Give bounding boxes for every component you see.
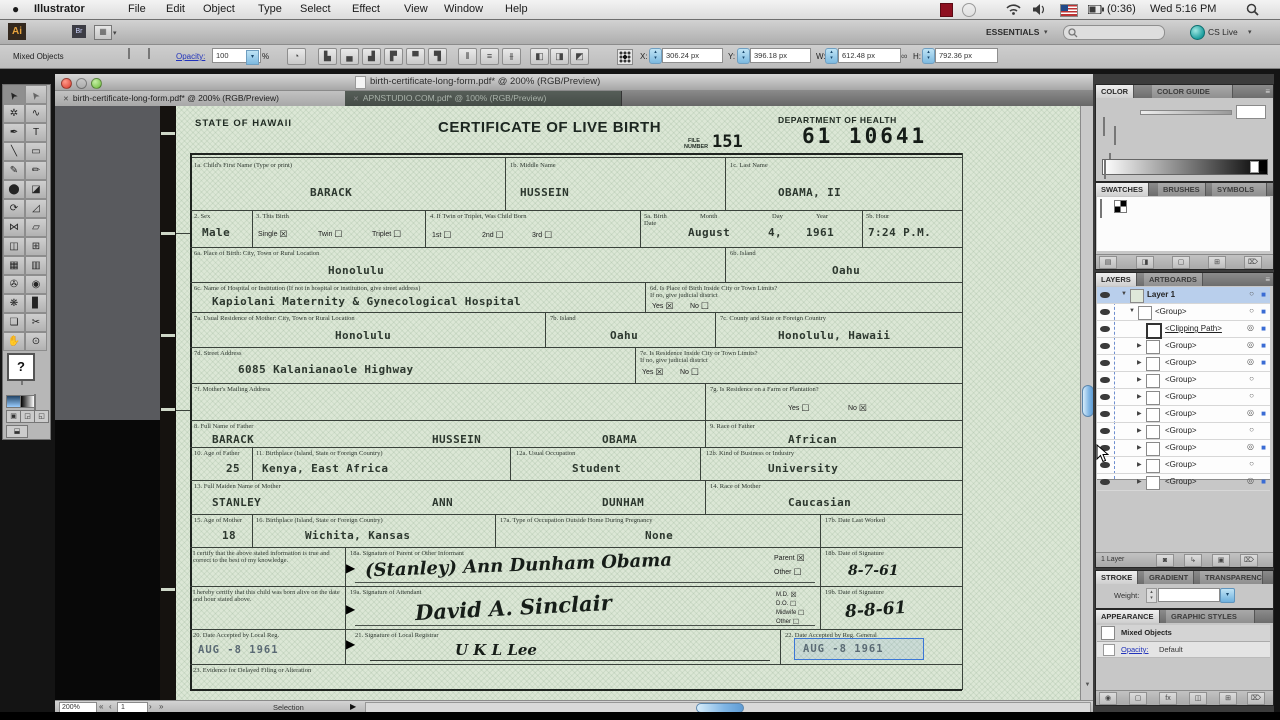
selected-object-bounds[interactable]: AUG -8 1961 — [794, 638, 924, 660]
align-bottom-icon[interactable]: ▜ — [428, 48, 447, 65]
layer-name[interactable]: <Group> — [1165, 375, 1197, 384]
tab2-close-icon[interactable]: ✕ — [353, 96, 359, 103]
target-icon[interactable]: ○ — [1249, 306, 1254, 315]
color-stroke-well[interactable] — [1114, 126, 1116, 145]
constrain-proportions-icon[interactable]: ∞ — [901, 51, 907, 61]
line-tool[interactable]: ╲ — [3, 142, 25, 161]
paintbrush-tool[interactable]: ✎ — [3, 161, 25, 180]
checkbox-7g-no[interactable]: No ☒ — [848, 403, 867, 414]
battery-time: (0:36) — [1107, 3, 1136, 15]
y-label: Y: — [728, 52, 735, 61]
clear-appearance-icon[interactable]: ◫ — [1189, 692, 1207, 705]
col-line — [505, 157, 506, 210]
search-input[interactable] — [1063, 25, 1165, 40]
visibility-eye-icon[interactable] — [1100, 326, 1110, 332]
delete-layer-icon[interactable]: ⌦ — [1240, 554, 1258, 567]
field-value: DUNHAM — [602, 496, 644, 509]
checkbox-label: Midwife — [776, 610, 796, 616]
row-line — [190, 383, 962, 384]
gradient-tool[interactable]: ▥ — [25, 256, 47, 275]
x-input[interactable]: 306.24 px — [662, 48, 723, 63]
artboard-tool[interactable]: ❏ — [3, 313, 25, 332]
layer-name[interactable]: <Group> — [1155, 307, 1187, 316]
weight-input[interactable] — [1158, 588, 1220, 602]
field-value: University — [768, 462, 838, 475]
layer-row[interactable]: ▶ <Group> ◎ ■ — [1097, 355, 1270, 372]
type-tool[interactable]: T — [25, 123, 47, 142]
new-fill-icon[interactable]: ▢ — [1129, 692, 1147, 705]
new-layer-icon[interactable]: ▣ — [1212, 554, 1230, 567]
lasso-tool[interactable]: ∿ — [25, 104, 47, 123]
disclosure-icon[interactable]: ▶ — [1137, 444, 1142, 451]
registrar-signature: U K L Lee — [455, 641, 537, 659]
field-value: Honolulu — [335, 329, 391, 342]
checkbox-6d-yes[interactable]: Yes ☒ — [652, 301, 673, 312]
tab-color-guide[interactable]: COLOR GUIDE — [1152, 85, 1233, 98]
checkbox-label: No — [848, 405, 857, 412]
layer-thumbnail[interactable] — [1146, 476, 1160, 490]
new-swatch-icon[interactable]: ⊞ — [1208, 256, 1226, 269]
prev-artboard-icon[interactable]: ‹ — [109, 702, 112, 711]
y-stepper[interactable]: ▴▾ — [737, 48, 750, 64]
reference-point-locator[interactable] — [617, 49, 633, 65]
field-label: Year — [816, 213, 828, 221]
disclosure-icon[interactable]: ▶ — [1137, 376, 1142, 383]
fold-arrow-icon: ▶ — [346, 603, 355, 615]
layer-name[interactable]: <Group> — [1165, 392, 1197, 401]
blob-brush-tool[interactable]: ⬤ — [3, 180, 25, 199]
checkbox-1st[interactable]: 1st ☐ — [432, 230, 451, 241]
checkbox-single[interactable]: Single ☒ — [258, 229, 288, 240]
k-slider[interactable] — [1140, 110, 1232, 115]
checkbox-2nd[interactable]: 2nd ☐ — [482, 230, 504, 241]
field-label: 10. Age of Father — [194, 450, 240, 458]
field-value: August — [688, 226, 730, 239]
menu-type[interactable]: Type — [258, 3, 282, 15]
fold-gap — [161, 408, 175, 411]
field-label: 6a. Place of Birth: City, Town or Rural … — [194, 250, 319, 258]
style-button[interactable]: ◔ — [287, 48, 306, 65]
h-label: H: — [913, 52, 921, 61]
field-value: Kenya, East Africa — [262, 462, 388, 475]
delete-swatch-icon[interactable]: ⌦ — [1244, 256, 1262, 269]
checkbox-box: ☐ — [691, 367, 699, 377]
align-top-icon[interactable]: ▛ — [384, 48, 403, 65]
layer-row[interactable]: ▶ <Group> ◎ ■ — [1097, 440, 1270, 457]
table-border — [190, 153, 962, 155]
input-flag-icon[interactable] — [1060, 4, 1078, 17]
layer-row[interactable]: ▶ <Group> ○ — [1097, 457, 1270, 474]
layer-thumbnail[interactable] — [1146, 357, 1160, 371]
fold-gap — [161, 334, 175, 337]
magic-wand-tool[interactable]: ✲ — [3, 104, 25, 123]
menu-edit[interactable]: Edit — [166, 3, 185, 15]
zoom-tool[interactable]: ⊙ — [25, 332, 47, 351]
layer-name[interactable]: <Group> — [1165, 409, 1197, 418]
layer-name[interactable]: <Group> — [1165, 460, 1197, 469]
rectangle-tool[interactable]: ▭ — [25, 142, 47, 161]
target-icon[interactable]: ◎ — [1247, 357, 1254, 366]
menu-window[interactable]: Window — [444, 3, 483, 15]
col-line — [252, 447, 253, 480]
checkbox-label: No — [690, 303, 699, 310]
disclosure-icon[interactable]: ▶ — [1137, 342, 1142, 349]
first-artboard-icon[interactable]: « — [99, 702, 103, 711]
tab-brushes[interactable]: BRUSHES — [1158, 183, 1206, 196]
blend-tool[interactable]: ◉ — [25, 275, 47, 294]
target-icon[interactable]: ◎ — [1247, 408, 1254, 417]
layer-row[interactable]: ▶ <Group> ◎ ■ — [1097, 474, 1270, 491]
checkbox-7e-no[interactable]: No ☐ — [680, 367, 699, 378]
col-line — [640, 210, 641, 247]
shape-mode-icon-2[interactable]: ◨ — [550, 48, 569, 65]
weight-label: Weight: — [1114, 591, 1139, 600]
tab-birth-certificate[interactable]: ✕birth-certificate-long-form.pdf* @ 200%… — [55, 91, 350, 106]
volume-icon[interactable] — [1033, 4, 1047, 15]
direct-selection-icon: ➤ — [26, 86, 46, 103]
draw-normal-icon[interactable]: ▣ — [6, 410, 21, 423]
apple-menu-icon[interactable]: ● — [12, 2, 19, 16]
tab-transparency[interactable]: TRANSPARENCY — [1200, 571, 1263, 584]
field-value: 7:24 P.M. — [868, 226, 931, 239]
layer-thumbnail[interactable] — [1146, 425, 1160, 439]
w-stepper[interactable]: ▴▾ — [825, 48, 838, 64]
layer-thumbnail[interactable] — [1146, 408, 1160, 422]
visibility-eye-icon[interactable] — [1100, 411, 1110, 417]
layer-thumbnail[interactable] — [1146, 323, 1162, 339]
canvas[interactable]: STATE OF HAWAII CERTIFICATE OF LIVE BIRT… — [55, 106, 1080, 700]
swatch-list[interactable] — [1097, 197, 1270, 251]
field-label: 1a. Child's First Name (Type or print) — [194, 162, 292, 170]
menu-object[interactable]: Object — [203, 3, 235, 15]
field-label: 4. If Twin or Triplet, Was Child Born — [430, 213, 560, 220]
layer-row[interactable]: ▶ <Group> ○ — [1097, 372, 1270, 389]
target-icon[interactable]: ◎ — [1247, 323, 1254, 332]
eyedropper-tool[interactable]: ✇ — [3, 275, 25, 294]
tab-appearance[interactable]: APPEARANCE — [1096, 610, 1160, 623]
appearance-row[interactable]: Opacity: Default — [1097, 642, 1270, 658]
stroke-color-well[interactable] — [148, 48, 150, 59]
layer-thumbnail[interactable] — [1146, 459, 1160, 473]
field-label: 12a. Usual Occupation — [516, 450, 575, 458]
align-left-icon[interactable]: ▙ — [318, 48, 337, 65]
swatch-none[interactable] — [1100, 199, 1102, 218]
layer-name[interactable]: <Group> — [1165, 477, 1197, 486]
target-icon[interactable]: ○ — [1249, 425, 1254, 434]
fill-swatch[interactable]: ? — [7, 353, 35, 381]
perspective-grid-tool[interactable]: ⊞ — [25, 237, 47, 256]
target-icon[interactable]: ○ — [1249, 391, 1254, 400]
fold-gap — [161, 232, 175, 235]
layer-row[interactable]: ▼ <Group> ○ ■ — [1097, 304, 1270, 321]
opacity-link[interactable]: Opacity: — [176, 52, 205, 61]
visibility-eye-icon[interactable] — [1100, 343, 1110, 349]
layer-thumbnail[interactable] — [1146, 374, 1160, 388]
weight-stepper[interactable]: ▴▾ — [1146, 588, 1157, 603]
slice-tool[interactable]: ✂ — [25, 313, 47, 332]
layer-row[interactable]: ▶ <Group> ◎ ■ — [1097, 406, 1270, 423]
record-indicator-icon[interactable] — [940, 3, 953, 17]
make-clipping-mask-icon[interactable]: ◙ — [1156, 554, 1174, 567]
shape-mode-icon-1[interactable]: ◧ — [530, 48, 549, 65]
swatch-options-icon[interactable]: ▢ — [1172, 256, 1190, 269]
visibility-eye-icon[interactable] — [1100, 309, 1110, 315]
scale-tool[interactable]: ◿ — [25, 199, 47, 218]
checkbox-attendant-other[interactable]: Other ☐ — [776, 618, 799, 626]
layer-thumbnail[interactable] — [1130, 289, 1144, 303]
field-value: BARACK — [310, 186, 352, 199]
document-tab-bar: ✕birth-certificate-long-form.pdf* @ 200%… — [55, 90, 1093, 106]
visibility-eye-icon[interactable] — [1100, 377, 1110, 383]
vertical-scrollbar[interactable]: ▼ — [1080, 106, 1094, 700]
layer-list: ▼ Layer 1 ○ ■ ▼ <Group> ○ ■ < — [1097, 287, 1270, 480]
checkbox-other-informant[interactable]: Other ☐ — [774, 567, 802, 578]
checkbox-3rd[interactable]: 3rd ☐ — [532, 230, 552, 241]
battery-icon[interactable] — [1088, 5, 1104, 14]
menu-help[interactable]: Help — [505, 3, 528, 15]
checkbox-box: ☐ — [393, 229, 401, 239]
field-value: OBAMA — [602, 433, 637, 446]
align-right-icon[interactable]: ▟ — [362, 48, 381, 65]
fill-color-well[interactable] — [128, 48, 130, 59]
checkbox-7g-yes[interactable]: Yes ☐ — [788, 403, 809, 414]
certificate-artwork[interactable]: STATE OF HAWAII CERTIFICATE OF LIVE BIRT… — [160, 106, 1080, 700]
swatch-kinds-icon[interactable]: ◨ — [1136, 256, 1154, 269]
selection-indicator: ■ — [1261, 444, 1266, 452]
shape-mode-icon-3[interactable]: ◩ — [570, 48, 589, 65]
disclosure-icon[interactable]: ▶ — [1137, 393, 1142, 400]
pencil-tool[interactable]: ✏ — [25, 161, 47, 180]
menu-illustrator[interactable]: Illustrator — [34, 3, 85, 15]
status-popup-icon[interactable]: ▶ — [350, 702, 356, 711]
h-stepper[interactable]: ▴▾ — [922, 48, 935, 64]
visibility-eye-icon[interactable] — [1100, 428, 1110, 434]
checkbox-midwife[interactable]: Midwife ☐ — [776, 609, 804, 617]
document-proxy-icon[interactable] — [355, 76, 366, 89]
color-button[interactable] — [6, 395, 21, 408]
field-value: Wichita, Kansas — [305, 529, 410, 542]
tab-apnstudio[interactable]: ✕APNSTUDIO.COM.pdf* @ 100% (RGB/Preview) — [345, 91, 622, 106]
new-sublayer-icon[interactable]: ↳ — [1184, 554, 1202, 567]
checkbox-parent[interactable]: Parent ☒ — [774, 553, 805, 564]
column-graph-tool[interactable]: ▊ — [25, 294, 47, 313]
field-value: 6085 Kalanianaole Highway — [238, 363, 414, 376]
target-icon[interactable]: ○ — [1249, 374, 1254, 383]
last-artboard-icon[interactable]: » — [159, 702, 163, 711]
visibility-eye-icon[interactable] — [1100, 360, 1110, 366]
checkbox-label: Yes — [642, 369, 653, 376]
disclosure-icon[interactable]: ▶ — [1137, 478, 1142, 485]
zoom-window-button[interactable] — [91, 78, 102, 89]
visibility-eye-icon[interactable] — [1100, 462, 1110, 468]
appearance-row[interactable]: Mixed Objects — [1097, 625, 1270, 642]
field-label: 1c. Last Name — [730, 162, 768, 170]
layers-panel: LAYERS ARTBOARDS ≡ ▼ Layer 1 ○ ■ ▼ — [1095, 272, 1274, 568]
y-input[interactable]: 396.18 px — [750, 48, 811, 63]
sync-icon[interactable] — [962, 3, 976, 17]
row-line — [190, 210, 962, 211]
mesh-tool[interactable]: ▦ — [3, 256, 25, 275]
delete-item-icon[interactable]: ⌦ — [1247, 692, 1265, 705]
document-window-titlebar[interactable]: birth-certificate-long-form.pdf* @ 200% … — [55, 74, 1093, 91]
checkbox-triplet[interactable]: Triplet ☐ — [372, 229, 401, 240]
color-spectrum-ramp[interactable] — [1102, 159, 1268, 175]
ai-logo: Ai — [8, 23, 26, 40]
disclosure-icon[interactable]: ▶ — [1137, 410, 1142, 417]
field-value: OBAMA, II — [778, 186, 841, 199]
minimize-window-button[interactable] — [76, 78, 87, 89]
selection-tool[interactable]: ➤ — [3, 85, 25, 104]
tab-gradient[interactable]: GRADIENT — [1144, 571, 1194, 584]
target-icon[interactable]: ◎ — [1247, 340, 1254, 349]
cs-live-button[interactable]: CS Live — [1208, 27, 1238, 37]
tab-stroke[interactable]: STROKE — [1096, 571, 1138, 584]
layer-name[interactable]: <Clipping Path> — [1165, 324, 1222, 333]
layer-row[interactable]: ▶ <Group> ○ — [1097, 423, 1270, 440]
disclosure-icon[interactable]: ▼ — [1121, 291, 1127, 297]
h-input[interactable]: 792.36 px — [935, 48, 998, 63]
disclosure-icon[interactable]: ▶ — [1137, 461, 1142, 468]
color-fill-well[interactable] — [1103, 117, 1105, 136]
screen-mode-icon[interactable]: ⬓ — [6, 425, 28, 438]
checkbox-md[interactable]: M.D. ☒ — [776, 591, 797, 599]
layer-row[interactable]: <Clipping Path> ◎ ■ — [1097, 321, 1270, 338]
menu-select[interactable]: Select — [300, 3, 331, 15]
bridge-icon[interactable]: Br — [72, 25, 86, 38]
field-label: 17b. Date Last Worked — [825, 517, 885, 525]
add-effect-icon[interactable]: fx — [1159, 692, 1177, 705]
visibility-eye-icon[interactable] — [1100, 445, 1110, 451]
field-label: 16. Birthplace (Island, State or Foreign… — [256, 517, 383, 525]
field-label: 18b. Date of Signature — [825, 550, 884, 558]
disclosure-icon[interactable]: ▶ — [1137, 427, 1142, 434]
weight-caret-icon[interactable]: ▾ — [1220, 588, 1235, 603]
checkbox-twin[interactable]: Twin ☐ — [318, 229, 342, 240]
close-window-button[interactable] — [61, 78, 72, 89]
duplicate-item-icon[interactable]: ⊞ — [1219, 692, 1237, 705]
opacity-caret-icon[interactable]: ▾ — [246, 50, 259, 65]
visibility-eye-icon[interactable] — [1100, 292, 1110, 298]
field-value: Kapiolani Maternity & Gynecological Hosp… — [212, 295, 521, 308]
layer-name[interactable]: <Group> — [1165, 443, 1197, 452]
opacity-link[interactable]: Opacity: — [1121, 645, 1149, 654]
visibility-eye-icon[interactable] — [1100, 479, 1110, 485]
layer-thumbnail[interactable] — [1138, 306, 1152, 320]
target-icon[interactable]: ○ — [1249, 289, 1254, 298]
arrange-caret-icon[interactable]: ▾ — [113, 29, 117, 37]
cert-number: 61 10641 — [802, 124, 927, 148]
menu-view[interactable]: View — [404, 3, 428, 15]
tab-label: birth-certificate-long-form.pdf* @ 200% … — [73, 93, 279, 103]
crease-line — [176, 410, 190, 411]
panel-menu-icon[interactable]: ≡ — [1265, 275, 1270, 284]
k-value-input[interactable] — [1236, 105, 1266, 119]
tab-symbols[interactable]: SYMBOLS — [1212, 183, 1267, 196]
new-stroke-icon[interactable]: ◉ — [1099, 692, 1117, 705]
checkbox-do[interactable]: D.O. ☐ — [776, 600, 796, 608]
rotate-tool[interactable]: ⟳ — [3, 199, 25, 218]
layer-thumbnail[interactable] — [1146, 340, 1160, 354]
target-icon[interactable]: ◎ — [1247, 442, 1254, 451]
panel-menu-icon[interactable]: ≡ — [1265, 87, 1270, 96]
checkbox-7e-yes[interactable]: Yes ☒ — [642, 367, 663, 378]
align-center-icon[interactable]: ▄ — [340, 48, 359, 65]
width-tool[interactable]: ⋈ — [3, 218, 25, 237]
tab-graphic-styles[interactable]: GRAPHIC STYLES — [1166, 610, 1255, 623]
align-middle-icon[interactable]: ▀ — [406, 48, 425, 65]
arrange-documents-icon[interactable]: ▦ — [94, 25, 112, 40]
field-value: ANN — [432, 496, 453, 509]
menu-file[interactable]: File — [128, 3, 146, 15]
row-line — [190, 629, 962, 630]
checkbox-6d-no[interactable]: No ☐ — [690, 301, 709, 312]
distribute-h-icon[interactable]: ⫴ — [458, 48, 477, 65]
menu-effect[interactable]: Effect — [352, 3, 380, 15]
layer-row[interactable]: ▼ Layer 1 ○ ■ — [1097, 287, 1270, 304]
tab-artboards[interactable]: ARTBOARDS — [1144, 273, 1203, 286]
field-label: 7d. Street Address — [194, 350, 241, 358]
layer-name[interactable]: <Group> — [1165, 358, 1197, 367]
next-artboard-icon[interactable]: › — [149, 702, 152, 711]
opacity-value: Default — [1159, 645, 1183, 654]
selection-indicator: ■ — [1261, 308, 1266, 316]
free-transform-tool[interactable]: ▱ — [25, 218, 47, 237]
layer-name[interactable]: Layer 1 — [1147, 290, 1175, 299]
draw-behind-icon[interactable]: ◲ — [20, 410, 35, 423]
symbol-sprayer-tool[interactable]: ❋ — [3, 294, 25, 313]
tab-color[interactable]: COLOR — [1096, 85, 1134, 98]
workspace-switcher[interactable]: ESSENTIALS — [986, 27, 1039, 37]
layer-row[interactable]: ▶ <Group> ◎ ■ — [1097, 338, 1270, 355]
layer-thumbnail[interactable] — [1146, 442, 1160, 456]
layer-name[interactable]: <Group> — [1165, 426, 1197, 435]
swatch-registration[interactable] — [1114, 200, 1127, 213]
distribute-v-icon[interactable]: ≡ — [480, 48, 499, 65]
tab-close-icon[interactable]: ✕ — [63, 96, 69, 103]
pen-tool[interactable]: ✒ — [3, 123, 25, 142]
disclosure-icon[interactable]: ▶ — [1137, 359, 1142, 366]
scroll-down-arrow[interactable]: ▼ — [1082, 682, 1093, 691]
tab-layers[interactable]: LAYERS — [1096, 273, 1137, 286]
field-label: 21. Signature of Local Registrar — [355, 632, 439, 640]
hand-tool[interactable]: ✋ — [3, 332, 25, 351]
spotlight-icon[interactable] — [1246, 3, 1259, 16]
layer-thumbnail[interactable] — [1146, 391, 1160, 405]
visibility-eye-icon[interactable] — [1100, 394, 1110, 400]
field-label: 7b. Island — [550, 315, 576, 323]
eraser-tool[interactable]: ◪ — [25, 180, 47, 199]
disclosure-icon[interactable]: ▼ — [1129, 308, 1135, 314]
col-line — [862, 210, 863, 247]
gradient-button[interactable] — [20, 395, 35, 408]
layer-name[interactable]: <Group> — [1165, 341, 1197, 350]
direct-selection-tool[interactable]: ➤ — [25, 85, 47, 104]
shape-builder-tool[interactable]: ◫ — [3, 237, 25, 256]
field-label: 23. Evidence for Delayed Filing or Alter… — [193, 667, 311, 675]
layer-row[interactable]: ▶ <Group> ○ — [1097, 389, 1270, 406]
x-stepper[interactable]: ▴▾ — [649, 48, 662, 64]
w-input[interactable]: 612.48 px — [838, 48, 901, 63]
field-value: Male — [202, 226, 230, 239]
menu-clock[interactable]: Wed 5:16 PM — [1150, 3, 1216, 15]
distribute-spacing-icon[interactable]: ⫵ — [502, 48, 521, 65]
target-icon[interactable]: ○ — [1249, 459, 1254, 468]
draw-inside-icon[interactable]: ◱ — [34, 410, 49, 423]
target-icon[interactable]: ◎ — [1247, 476, 1254, 485]
wifi-icon[interactable] — [1006, 4, 1021, 15]
tab-swatches[interactable]: SWATCHES — [1096, 183, 1149, 196]
swatch-libraries-icon[interactable]: ▤ — [1099, 256, 1117, 269]
